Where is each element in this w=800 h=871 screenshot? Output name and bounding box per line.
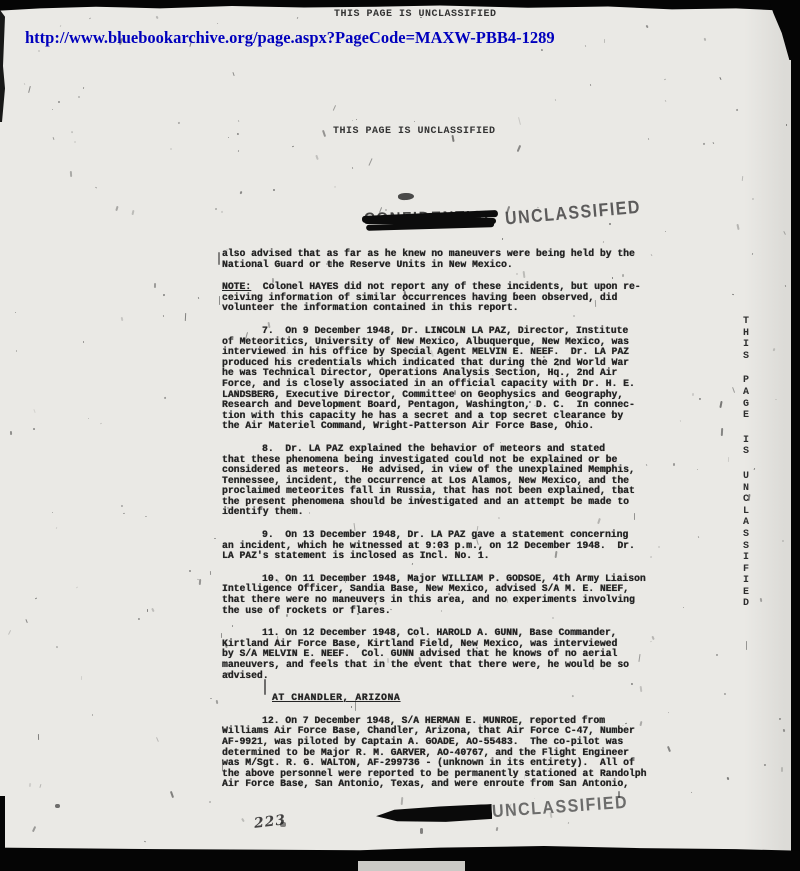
paragraph: 8. Dr. LA PAZ explained the behavior of … xyxy=(222,444,670,518)
document-body: also advised that as far as he knew no m… xyxy=(222,249,670,802)
text-line: AF-9921, was piloted by Captain A. GOADE… xyxy=(222,737,670,748)
classification-banner-middle: THIS PAGE IS UNCLASSIFIED xyxy=(333,126,496,137)
scan-artifact xyxy=(420,828,423,834)
scan-artifact xyxy=(355,700,356,711)
scan-edge-right xyxy=(791,0,800,871)
paragraph: 11. On 12 December 1948, Col. HAROLD A. … xyxy=(222,628,670,681)
scan-notch-bottom xyxy=(358,861,465,871)
section-heading: AT CHANDLER, ARIZONA xyxy=(272,693,400,704)
text-line: LA PAZ's statement is inclosed as Incl. … xyxy=(222,551,670,562)
scanned-document-page: http://www.bluebookarchive.org/page.aspx… xyxy=(0,0,800,871)
paragraph: NOTE: Colonel HAYES did not report any o… xyxy=(222,282,670,314)
scan-artifact xyxy=(264,679,266,695)
classification-banner-top: THIS PAGE IS UNCLASSIFIED xyxy=(334,9,497,20)
scan-artifact xyxy=(55,804,60,808)
scan-edge-left-lower xyxy=(0,796,5,856)
text-line: advised. xyxy=(222,671,670,682)
classification-banner-side: THISPAGEISUNCLASSIFIED xyxy=(739,316,753,610)
scan-artifact xyxy=(618,791,620,798)
paragraph: 9. On 13 December 1948, Dr. LA PAZ gave … xyxy=(222,530,670,562)
text-line: 7. On 9 December 1948, Dr. LINCOLN LA PA… xyxy=(222,326,670,337)
text-line: the use of rockets or flares. xyxy=(222,606,670,617)
text-line: the Air Materiel Command, Wright-Patters… xyxy=(222,421,670,432)
text-line: National Guard or the Reserve Units in N… xyxy=(222,260,670,271)
scan-artifact xyxy=(280,822,286,827)
text-line: 8. Dr. LA PAZ explained the behavior of … xyxy=(222,444,670,455)
paragraph: also advised that as far as he knew no m… xyxy=(222,249,670,270)
paragraph: 12. On 7 December 1948, S/A HERMAN E. MU… xyxy=(222,716,670,790)
scan-artifact xyxy=(222,762,223,771)
text-line: maneuvers, and feels that in the event t… xyxy=(222,660,670,671)
text-line: Force, and is closely associated in an o… xyxy=(222,379,670,390)
text-line: volunteer the information contained in t… xyxy=(222,303,670,314)
source-url-link[interactable]: http://www.bluebookarchive.org/page.aspx… xyxy=(25,28,555,48)
text-line: identify them. xyxy=(222,507,670,518)
confidential-stamp-struck: CONFIDENTIAL xyxy=(364,208,495,228)
paragraph: 10. On 11 December 1948, Major WILLIAM P… xyxy=(222,574,670,616)
paragraph: 7. On 9 December 1948, Dr. LINCOLN LA PA… xyxy=(222,326,670,432)
scan-artifact xyxy=(218,252,220,265)
text-line: also advised that as far as he knew no m… xyxy=(222,249,670,260)
text-line: Air Force Base, San Antonio, Texas, and … xyxy=(222,779,670,790)
